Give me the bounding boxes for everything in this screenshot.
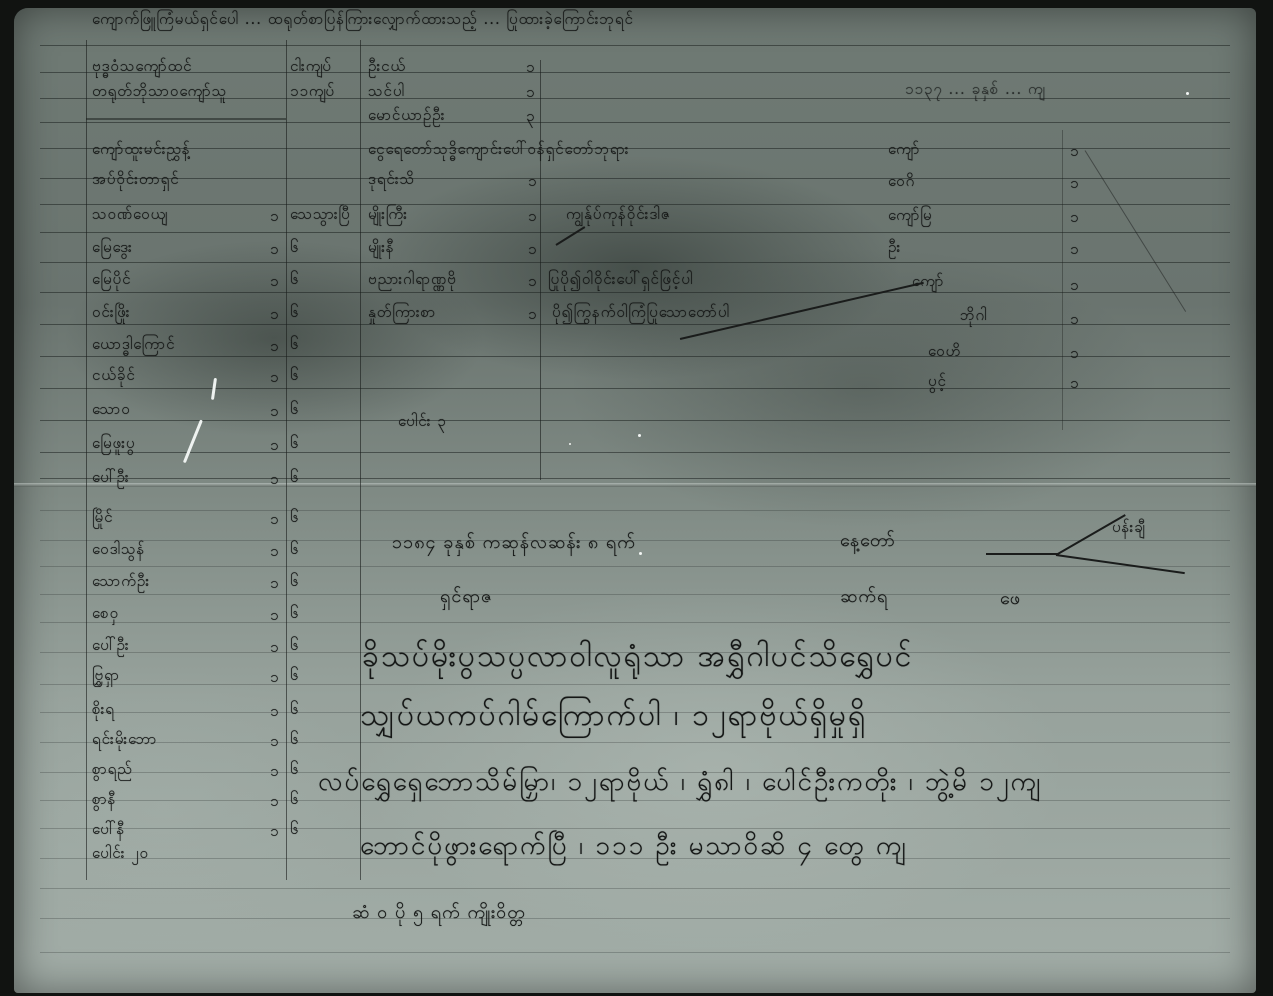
left-row-name: စွာရည်: [92, 760, 133, 782]
right-row-qty: ၁: [1070, 174, 1079, 196]
ruled-line: [40, 594, 1230, 595]
ruled-line: [40, 420, 1230, 421]
left-row-name: အပ်ဝိုင်းတာရှင်: [92, 170, 180, 192]
left-row-qty: ၆: [290, 636, 299, 658]
left-row-qty: ၆: [290, 400, 299, 422]
ruled-line: [40, 356, 1230, 357]
left-row-name: ငယ်ခိုင်: [92, 366, 136, 388]
signature-flourish: [986, 553, 1058, 555]
left-row-num: ၁: [270, 792, 279, 814]
left-header-name: ဗုဒ္ဓဝံသကျော်ထင်: [92, 57, 193, 79]
left-row-num: ၁: [270, 822, 279, 844]
ruled-line: [40, 684, 1230, 685]
left-header-qty: ၁၁ကျပ်: [290, 82, 335, 104]
middle-header-name: ဦးငယ်: [368, 57, 406, 79]
letter-body-line: လပ်ရွှေရှေဘောသိမ်မြှာ၊ ၁၂ရာဗိုယ် ၊ ရွှံ၈…: [318, 764, 1042, 803]
left-row-qty: ၆: [290, 508, 299, 530]
left-row-num: ၁: [270, 606, 279, 628]
column-line-right: [1062, 130, 1063, 430]
middle-row-name: မျိုးနီ: [368, 238, 395, 260]
left-header-qty: ငါးကျပ်: [290, 57, 332, 79]
right-row-qty: ၁: [1070, 310, 1079, 332]
paper-fold: [14, 483, 1256, 487]
left-row-name: ဝင်းဖြိုး: [92, 303, 130, 325]
letter-line2-left: ရှင်ရာဇ: [440, 584, 493, 611]
photo-speck: [569, 443, 571, 445]
left-row-qty: ၆: [290, 270, 299, 292]
left-row-name: မြေဖူးပွ: [92, 434, 135, 456]
right-row-qty: ၁: [1070, 142, 1079, 164]
left-row-num: ၁: [270, 542, 279, 564]
left-row-num: ၁: [270, 732, 279, 754]
left-row-num: ၁: [270, 762, 279, 784]
left-row-num: ၁: [270, 272, 279, 294]
ruled-line: [40, 888, 1230, 889]
left-row-qty: ၆: [290, 790, 299, 812]
middle-row-note: ကျွန်ုပ်ကုန်ဝိုင်းဒါဇ: [566, 205, 671, 227]
left-row-num: ၁: [270, 638, 279, 660]
middle-row-qty: ၁: [528, 172, 537, 194]
ruled-line: [40, 178, 1230, 179]
left-row-name: ပေါ်ဦး: [92, 468, 130, 490]
left-row-name: ပေါ်နီ: [92, 820, 125, 842]
left-row-qty: ၆: [290, 366, 299, 388]
middle-row-name: နှုတ်ကြားစာ: [368, 303, 436, 325]
ruled-line: [40, 262, 1230, 263]
ruled-line: [40, 478, 1230, 479]
ruled-line: [40, 952, 1230, 953]
letter-date-suffix: နေ့တော်: [840, 528, 896, 555]
ruled-line: [40, 622, 1230, 623]
left-row-num: ၁: [270, 510, 279, 532]
left-row-name: ဗြွှရှာ: [92, 666, 120, 688]
left-row-name: စိုးရ: [92, 700, 115, 722]
left-row-name: ပေါင်း ၂၀: [92, 844, 149, 866]
middle-header-name: မောင်ယာဉ်ဦး: [368, 106, 445, 128]
middle-row-qty: ၁: [528, 272, 537, 294]
left-row-qty: ၆: [290, 540, 299, 562]
ruled-line: [40, 232, 1230, 233]
left-row-name: ပေါ်ဦး: [92, 636, 130, 658]
letter-line2-mid: ဆက်ရ: [840, 584, 888, 611]
middle-header-qty: ၁: [526, 83, 535, 105]
photo-speck: [638, 434, 641, 437]
top-right-note: ၁၁၃၇ ... ခုနှစ် ... ကျ: [905, 80, 1046, 102]
left-row-name: ယောဒ္ဓါကြောင်: [92, 335, 175, 357]
letter-body-line: ခိုသပ်မိုးပွသပ္ပလာဝါလူရုံသာ အရွှီဂါပင်သိ…: [362, 636, 913, 681]
header-separator: [86, 118, 286, 120]
left-row-qty: ၆: [290, 303, 299, 325]
letter-signature: ဆံ ၀ ပို ၅ ရက် ကျိုးဝိတ္တ: [352, 900, 526, 927]
left-row-num: ၁: [270, 305, 279, 327]
left-row-qty: သေသွားပြီ: [290, 205, 351, 227]
left-row-name: ကျော်ထူးမင်းညွှန့်: [92, 140, 191, 162]
right-row-name: ဘိုဂါ: [960, 306, 988, 328]
right-row-name: ကျော်မြ: [888, 206, 932, 228]
left-row-qty: ၆: [290, 820, 299, 842]
left-row-qty: ၆: [290, 666, 299, 688]
left-row-qty: ၆: [290, 572, 299, 594]
left-row-name: မြေပိုင်: [92, 270, 131, 292]
right-row-name: ဝေဂိ: [888, 172, 915, 194]
ruled-line: [40, 148, 1230, 149]
left-row-qty: ၆: [290, 760, 299, 782]
right-row-qty: ၁: [1070, 208, 1079, 230]
left-row-num: ၁: [270, 470, 279, 492]
left-row-num: ၁: [270, 368, 279, 390]
left-header-name: တရုတ်ဘိုသာဝကျော်သူ: [92, 82, 227, 104]
column-line-qty: [540, 60, 541, 480]
left-row-name: စေဝှ: [92, 604, 119, 626]
middle-header-qty: ၃: [526, 107, 535, 129]
right-row-qty: ၁: [1070, 344, 1079, 366]
column-line-num: [286, 40, 287, 880]
left-row-name: သဝဏ်ဝေယျ: [92, 205, 169, 227]
right-row-qty: ၁: [1070, 276, 1079, 298]
left-row-qty: ၆: [290, 434, 299, 456]
ruled-line: [40, 292, 1230, 293]
right-row-name: ဝေဟိ: [928, 342, 961, 364]
left-row-name: စွာနီ: [92, 790, 116, 812]
left-row-num: ၁: [270, 668, 279, 690]
ruled-line: [40, 72, 1230, 73]
middle-row-qty: ၁: [528, 305, 537, 327]
subtotal-mark: ပေါင်း ၃: [398, 412, 447, 434]
left-row-num: ၁: [270, 402, 279, 424]
ruled-line: [40, 918, 1230, 919]
middle-row-name: မျိုးကြီး: [368, 205, 408, 227]
ruled-line: [40, 510, 1230, 511]
letter-sign-right: ပန်းချီ: [1112, 518, 1146, 540]
right-row-qty: ၁: [1070, 240, 1079, 262]
column-line-mid: [360, 40, 361, 880]
left-row-name: သောဝ: [92, 400, 131, 422]
middle-row-note: ပို၍ကြွနက်ဝါကြံပြုသောတော်ပါ: [552, 303, 730, 325]
photo-speck: [1186, 92, 1189, 95]
ruled-line: [40, 566, 1230, 567]
right-row-name: ဦး: [888, 238, 901, 260]
letter-line2-right: ဖေ: [1000, 586, 1021, 613]
left-row-num: ၁: [270, 240, 279, 262]
left-row-qty: ၆: [290, 335, 299, 357]
ruled-line: [40, 452, 1230, 453]
left-row-name: ရင်းမိုးဘော: [92, 730, 157, 752]
right-row-qty: ၁: [1070, 374, 1079, 396]
left-row-num: ၁: [270, 436, 279, 458]
left-row-num: ၁: [270, 702, 279, 724]
left-row-num: ၁: [270, 574, 279, 596]
middle-row-name: ငွေရေတော်သုဒ္ဓိကျောင်းပေါ်ဝန်ရှင်တော်ဘုရ…: [368, 140, 630, 162]
header-line: ကျောက်ဖြူကြံမယ်ရှင်ပေါ ... ထရုတ်စာပြန်ကြ…: [92, 10, 634, 32]
left-row-name: သောက်ဦး: [92, 572, 150, 594]
left-row-name: ဝေဒါသွန်: [92, 540, 145, 562]
middle-row-qty: ၁: [528, 240, 537, 262]
ruled-line: [40, 742, 1230, 743]
left-row-qty: ၆: [290, 468, 299, 490]
middle-header-name: သင်ပါ: [368, 82, 405, 104]
left-row-qty: ၆: [290, 700, 299, 722]
photo-speck: [639, 552, 642, 555]
letter-date-line: ၁၁၈၄ ခုနှစ် ကဆုန်လဆန်း ၈ ရက်: [392, 530, 636, 557]
ruled-line: [40, 388, 1230, 389]
letter-body-line: သျှပ်ယကပ်ဂါမ်ကြောက်ပါ ၊ ၁၂ရာဗိုယ်ရှိမှုရ…: [360, 695, 867, 740]
left-row-name: မြိုင်: [92, 508, 113, 530]
middle-row-qty: ၁: [528, 207, 537, 229]
left-row-num: ၁: [270, 337, 279, 359]
ruled-line: [40, 122, 1230, 123]
right-row-name: ပွင့်: [928, 372, 947, 394]
middle-row-note: ပြုပို၍ဝါဝိုင်းပေါ်ရှင်ဖြင့်ပါ: [548, 270, 693, 292]
left-row-qty: ၆: [290, 730, 299, 752]
ruled-line: [40, 45, 1230, 46]
middle-header-qty: ၁: [526, 58, 535, 80]
letter-body-line: ဘောင်ပိုဖွားရောက်ပြီ ၊ ၁၁၁ ဦး မသာဝိဆိ ၄ …: [360, 828, 908, 867]
left-row-qty: ၆: [290, 604, 299, 626]
column-line-left: [86, 40, 87, 880]
middle-row-name: ဗညားဂါရာဏ္ဏဗို: [368, 270, 457, 292]
middle-row-name: ဒုရင်းသိ: [368, 170, 415, 192]
left-row-qty: ၆: [290, 238, 299, 260]
left-row-name: မြေဒွေး: [92, 238, 133, 260]
right-row-name: ကျော်: [888, 140, 920, 162]
left-row-num: ၁: [270, 207, 279, 229]
